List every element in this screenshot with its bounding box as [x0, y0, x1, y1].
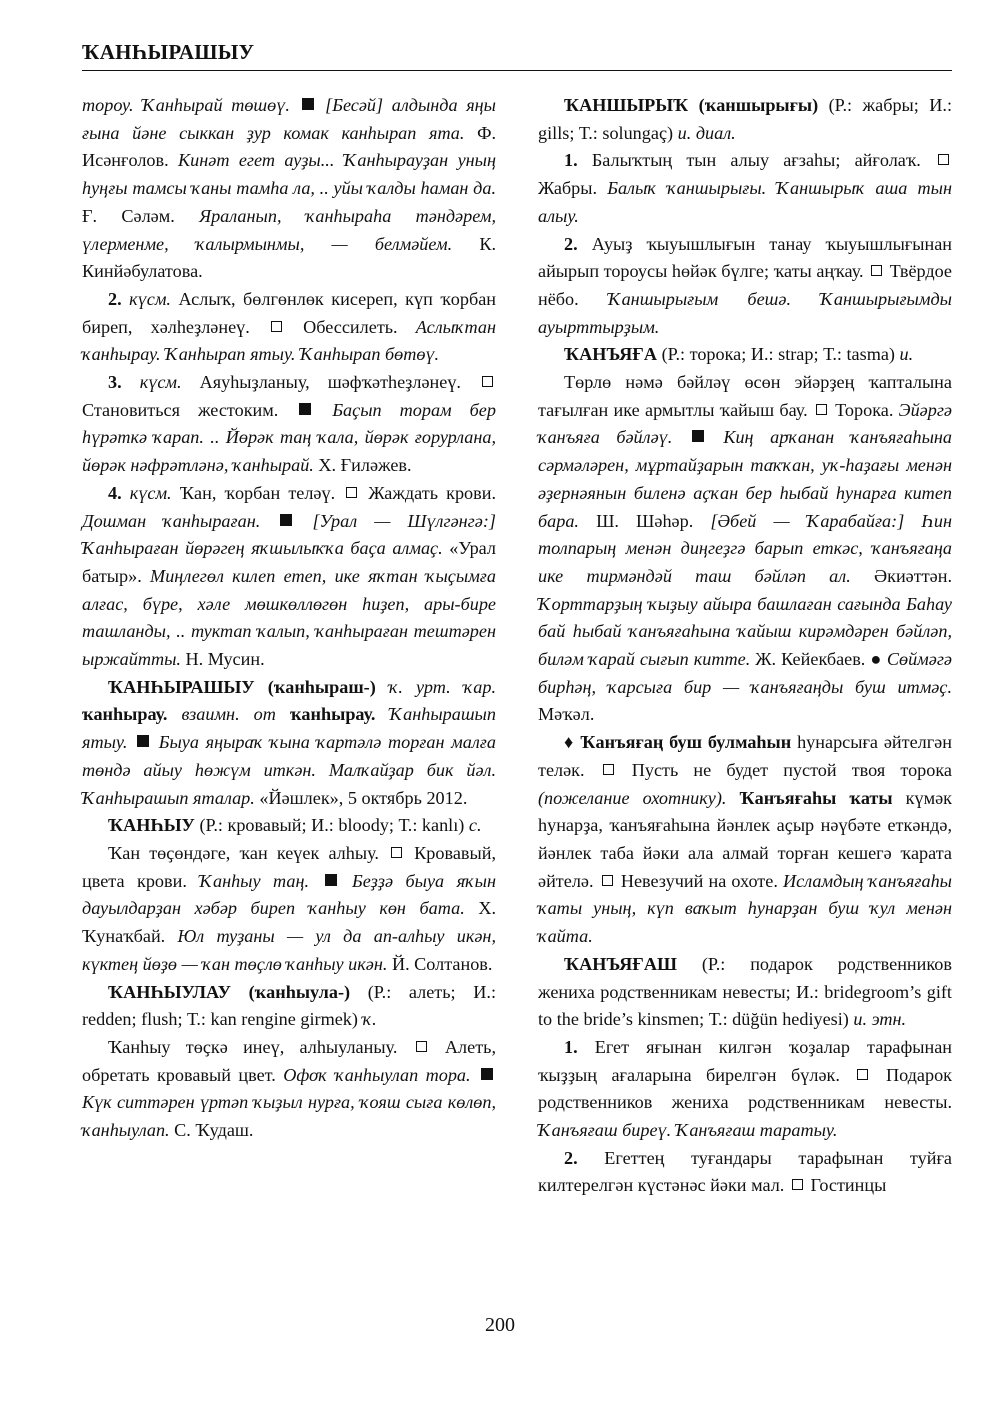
dictionary-paragraph: ҠАНҺЫУЛАУ (ҡанһыула-) (Р.: алеть; И.: re…: [82, 979, 496, 1034]
headword-text: ҡанһырау.: [82, 704, 182, 724]
italic-text: күсм.: [130, 483, 180, 503]
dictionary-paragraph: ҠАНҺЫУ (Р.: кровавый; И.: bloody; Т.: ka…: [82, 812, 496, 840]
white-square-icon: [816, 404, 827, 415]
white-square-icon: [416, 1041, 427, 1052]
body-text: Гостинцы: [806, 1175, 886, 1195]
body-text: Становиться жестоким.: [82, 400, 296, 420]
white-square-icon: [602, 875, 613, 886]
headword-text: ҠАНЪЯҒАШ: [564, 954, 702, 974]
italic-text: (пожелание охотнику).: [538, 788, 740, 808]
italic-text: и.: [900, 344, 914, 364]
italic-text: взаимн. от: [182, 704, 290, 724]
body-text: Х. Ғиләжев.: [318, 455, 411, 475]
body-text: Пусть не будет пустой твоя торока: [617, 760, 952, 780]
dictionary-paragraph: тороу. Ҡанһырай төшөү. [Бесәй] алдында я…: [82, 92, 496, 286]
body-text: Аяуһыҙланыу, шәфҡәтһеҙләнеү.: [200, 372, 479, 392]
white-square-icon: [857, 1069, 868, 1080]
white-square-icon: [391, 847, 402, 858]
headword-text: Ҡанъяғаһы ҡаты: [740, 788, 906, 808]
italic-text: и. этн.: [853, 1009, 906, 1029]
body-text: Жаждать крови.: [360, 483, 496, 503]
headword-text: ҡанһырау.: [290, 704, 390, 724]
body-text: Ш. Шәһәр.: [596, 511, 710, 531]
body-text: Й. Солтанов.: [392, 954, 493, 974]
dictionary-paragraph: Ҡан төҫөндәге, ҡан кеүек алһыу. Кровавый…: [82, 840, 496, 979]
black-square-icon: [302, 98, 314, 110]
italic-text: ҡ. урт. ҡар.: [389, 677, 496, 697]
body-text: «Йәшлек», 5 октябрь 2012.: [259, 788, 467, 808]
dictionary-paragraph: 2. күсм. Аслыҡ, бөлгөнлөк кисереп, күп ҡ…: [82, 286, 496, 369]
body-text: (Р.: торока; И.: strap; Т.: tasma): [662, 344, 900, 364]
body-text: Ж. Кейекбаев. ●: [755, 649, 887, 669]
body-text: Балыҡтың тын алыу ағзаһы; айғолаҡ.: [592, 150, 935, 170]
body-text: Обессилеть.: [285, 317, 416, 337]
body-text: Ғ. Сәләм.: [82, 206, 199, 226]
italic-text: күсм.: [129, 289, 178, 309]
italic-text: тороу. Ҡанһырай төшөү.: [82, 95, 299, 115]
italic-text: Күк ситтәрен үртәп ҡыҙыл нурға, ҡояш сығ…: [82, 1092, 496, 1140]
headword-text: 3.: [108, 372, 140, 392]
headword-text: ҠАНҺЫУЛАУ (ҡанһыула-): [108, 982, 368, 1002]
white-square-icon: [603, 764, 614, 775]
body-text: С. Ҡудаш.: [174, 1120, 253, 1140]
black-square-icon: [325, 874, 337, 886]
headword-text: 4.: [108, 483, 130, 503]
body-text: Торока.: [830, 400, 899, 420]
white-square-icon: [938, 154, 949, 165]
body-text: Н. Мусин.: [186, 649, 265, 669]
dictionary-paragraph: 1. Егет яғынан килгән ҡоҙалар тарафынан …: [538, 1034, 952, 1145]
white-square-icon: [792, 1179, 803, 1190]
italic-text: Ҡанъяғаш биреү. Ҡанъяғаш таратыу.: [538, 1120, 837, 1140]
body-text: (Р.: кровавый; И.: bloody; Т.: kanlı): [199, 815, 468, 835]
black-square-icon: [481, 1068, 493, 1080]
dictionary-paragraph: ҠАНЪЯҒА (Р.: торока; И.: strap; Т.: tasm…: [538, 341, 952, 369]
white-square-icon: [482, 376, 493, 387]
body-text: Ҡан, ҡорбан теләү.: [180, 483, 344, 503]
headword-text: 2.: [564, 234, 592, 254]
dictionary-paragraph: ҠАНҺЫРАШЫУ (ҡанһыраш-) ҡ. урт. ҡар. ҡанһ…: [82, 674, 496, 813]
body-text: Жабры.: [538, 178, 607, 198]
headword-text: ҠАНҺЫРАШЫУ (ҡанһыраш-): [108, 677, 389, 697]
running-head: ҠАНҺЫРАШЫУ: [82, 40, 254, 65]
header-rule: [82, 70, 952, 71]
italic-text: Дошман ҡанһыраған.: [82, 511, 277, 531]
black-square-icon: [692, 430, 704, 442]
italic-text: с.: [469, 815, 482, 835]
body-text: Невезучий на охоте.: [616, 871, 783, 891]
dictionary-paragraph: Ҡанһыу төҫкә инеү, алһыуланыу. Алеть, об…: [82, 1034, 496, 1145]
headword-text: ҠАНШЫРЫҠ (ҡаншырығы): [564, 95, 829, 115]
headword-text: 2.: [564, 1148, 604, 1168]
black-square-icon: [280, 514, 292, 526]
left-column: тороу. Ҡанһырай төшөү. [Бесәй] алдында я…: [82, 92, 496, 1145]
headword-text: ҠАНЪЯҒА: [564, 344, 662, 364]
body-text: Әкиәттән.: [874, 566, 952, 586]
dictionary-paragraph: 3. күсм. Аяуһыҙланыу, шәфҡәтһеҙләнеү. Ст…: [82, 369, 496, 480]
italic-text: и. диал.: [678, 123, 736, 143]
body-text: Ҡан төҫөндәге, ҡан кеүек алһыу.: [108, 843, 388, 863]
right-column: ҠАНШЫРЫҠ (ҡаншырығы) (Р.: жабры; И.: gil…: [538, 92, 952, 1200]
white-square-icon: [871, 265, 882, 276]
dictionary-paragraph: 2. Ауыҙ ҡыуышлығын танау ҡыуышлығынан ай…: [538, 231, 952, 342]
dictionary-paragraph: Төрлө нәмә бәйләү өсөн эйәрҙең ҡапталына…: [538, 369, 952, 729]
dictionary-paragraph: ♦ Ҡанъяғаң буш булмаһын һунарсыға әйтелг…: [538, 729, 952, 951]
headword-text: 2.: [108, 289, 129, 309]
body-text: Ҡанһыу төҫкә инеү, алһыуланыу.: [108, 1037, 413, 1057]
dictionary-paragraph: 2. Егеттең туғандары тарафынан туйға кил…: [538, 1145, 952, 1200]
italic-text: күсм.: [140, 372, 200, 392]
white-square-icon: [346, 487, 357, 498]
dictionary-paragraph: ҠАНШЫРЫҠ (ҡаншырығы) (Р.: жабры; И.: gil…: [538, 92, 952, 147]
black-square-icon: [137, 735, 149, 747]
dictionary-paragraph: 4. күсм. Ҡан, ҡорбан теләү. Жаждать кров…: [82, 480, 496, 674]
page-number: 200: [0, 1314, 1000, 1337]
italic-text: Ҡанһыу таң.: [199, 871, 321, 891]
headword-text: 1.: [564, 1037, 595, 1057]
headword-text: 1.: [564, 150, 592, 170]
headword-text: ♦ Ҡанъяғаң буш булмаһын: [564, 732, 797, 752]
dictionary-paragraph: ҠАНЪЯҒАШ (Р.: подарок родственников жени…: [538, 951, 952, 1034]
black-square-icon: [299, 403, 311, 415]
dictionary-paragraph: 1. Балыҡтың тын алыу ағзаһы; айғолаҡ. Жа…: [538, 147, 952, 230]
italic-text: ҡ.: [363, 1009, 377, 1029]
italic-text: Офоҡ ҡанһыулап тора.: [283, 1065, 478, 1085]
white-square-icon: [271, 321, 282, 332]
body-text: Мәҡәл.: [538, 704, 594, 724]
headword-text: ҠАНҺЫУ: [108, 815, 199, 835]
